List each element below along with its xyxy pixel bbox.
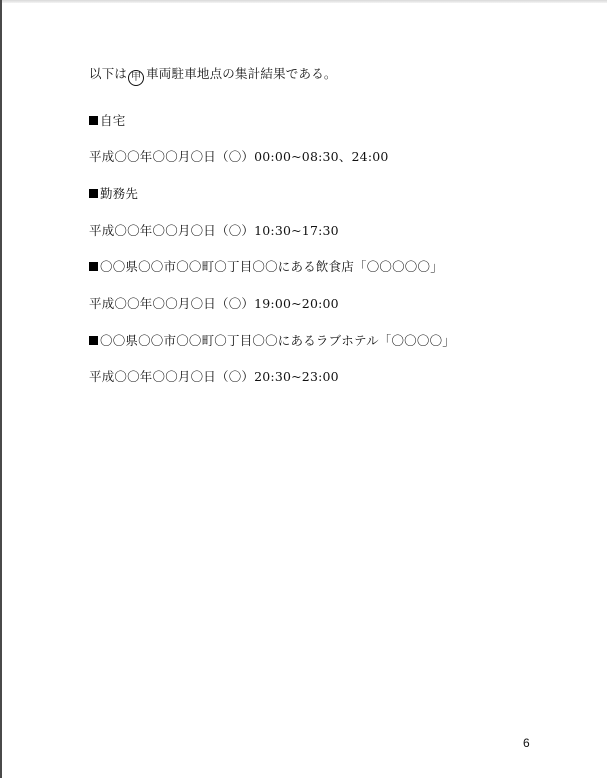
page-top-edge: [2, 0, 607, 3]
black-square-bullet-icon: [89, 116, 98, 125]
page-number: 6: [523, 736, 530, 750]
intro-suffix: 車両駐車地点の集計結果である。: [146, 66, 337, 81]
section-heading-text: 〇〇県〇〇市〇〇町〇丁目〇〇にある飲食店「〇〇〇〇〇」: [100, 259, 443, 274]
section-heading-text: 勤務先: [100, 186, 138, 201]
section-entry-restaurant: 平成〇〇年〇〇月〇日（〇）19:00~20:00: [89, 296, 339, 312]
black-square-bullet-icon: [89, 262, 98, 271]
section-entry-workplace: 平成〇〇年〇〇月〇日（〇）10:30~17:30: [89, 223, 339, 239]
section-heading-text: 自宅: [100, 113, 125, 128]
intro-paragraph: 以下は甲車両駐車地点の集計結果である。: [89, 66, 337, 86]
section-heading-hotel: 〇〇県〇〇市〇〇町〇丁目〇〇にあるラブホテル「〇〇〇〇」: [89, 333, 455, 349]
circled-character: 甲: [128, 70, 144, 86]
document-page: 以下は甲車両駐車地点の集計結果である。 自宅 平成〇〇年〇〇月〇日（〇）00:0…: [0, 0, 607, 778]
black-square-bullet-icon: [89, 336, 98, 345]
section-heading-restaurant: 〇〇県〇〇市〇〇町〇丁目〇〇にある飲食店「〇〇〇〇〇」: [89, 259, 443, 275]
section-heading-text: 〇〇県〇〇市〇〇町〇丁目〇〇にあるラブホテル「〇〇〇〇」: [100, 333, 455, 348]
black-square-bullet-icon: [89, 189, 98, 198]
section-entry-home: 平成〇〇年〇〇月〇日（〇）00:00~08:30、24:00: [89, 149, 389, 165]
section-entry-hotel: 平成〇〇年〇〇月〇日（〇）20:30~23:00: [89, 369, 339, 385]
section-heading-workplace: 勤務先: [89, 186, 138, 202]
intro-prefix: 以下は: [89, 66, 127, 81]
section-heading-home: 自宅: [89, 113, 125, 129]
